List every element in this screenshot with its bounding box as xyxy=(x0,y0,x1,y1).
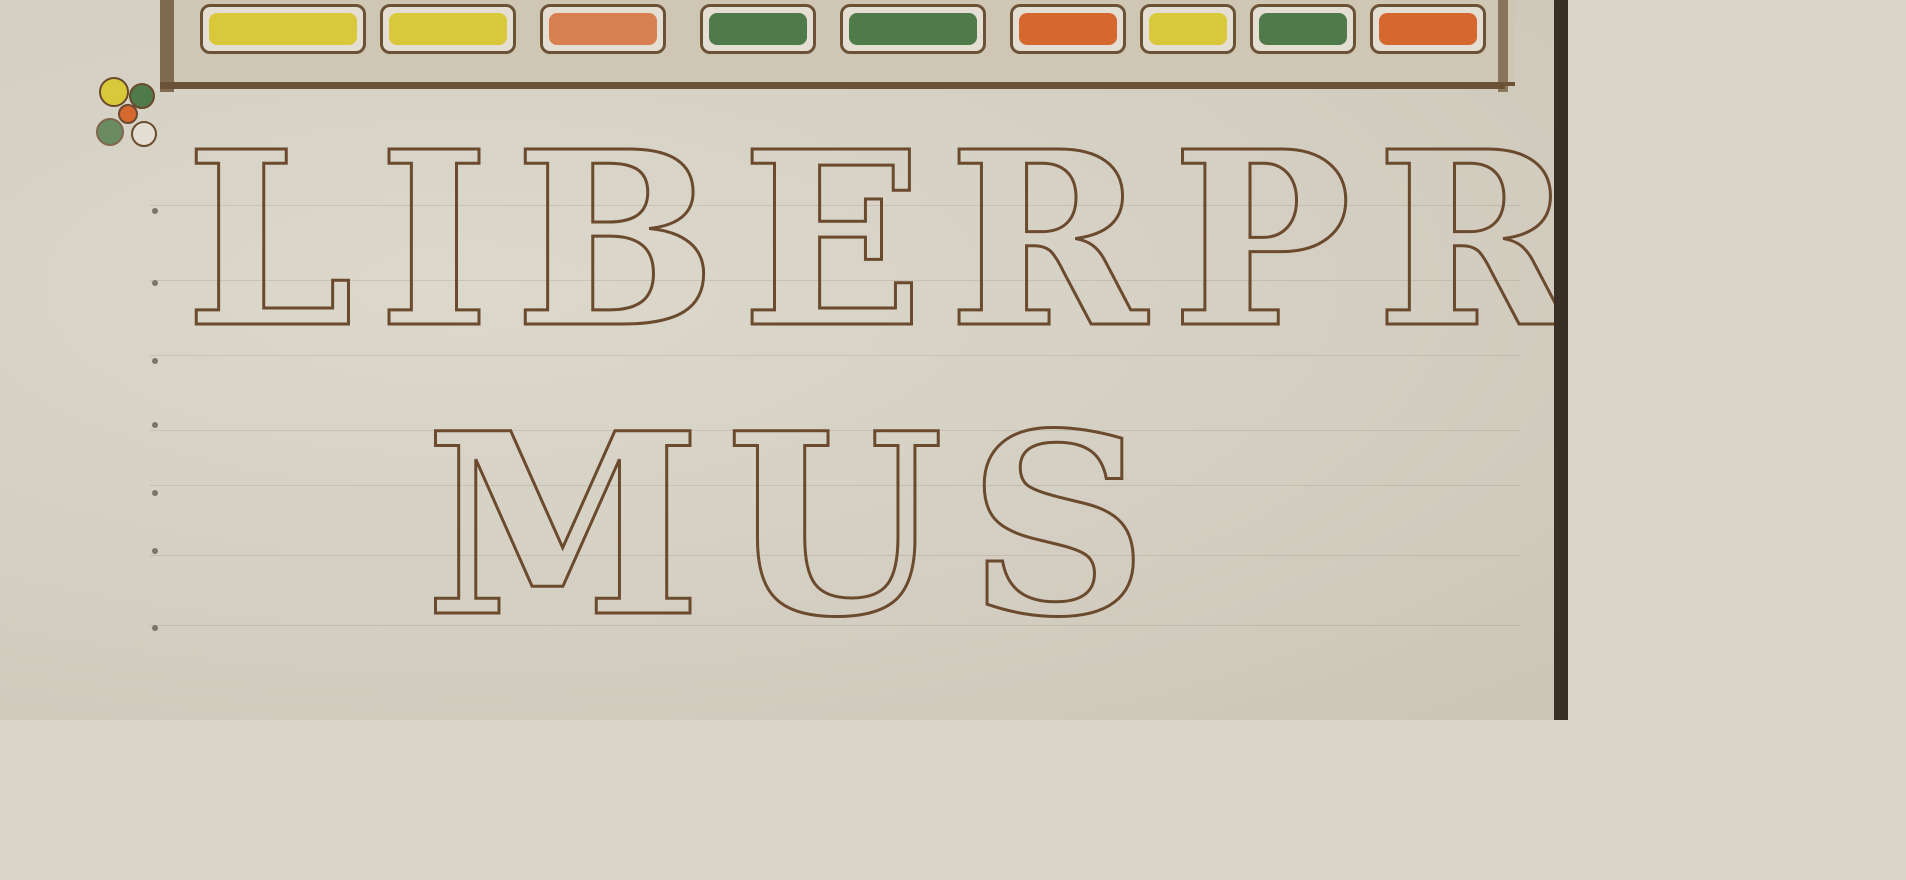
letter-s: S xyxy=(968,400,1155,650)
frame-cell xyxy=(840,4,986,54)
frame-cell xyxy=(1010,4,1126,54)
frame-cell xyxy=(540,4,666,54)
title-line-1: L I B E R P R I xyxy=(185,120,1568,360)
frame-cell xyxy=(380,4,516,54)
pricking-mark xyxy=(152,208,158,214)
frame-cell xyxy=(1140,4,1236,54)
frame-cell xyxy=(700,4,816,54)
letter-i: I xyxy=(378,120,496,360)
book-gutter-edge xyxy=(1554,0,1568,720)
pricking-mark xyxy=(152,358,158,364)
frame-cell xyxy=(1370,4,1486,54)
frame-bottom-rule xyxy=(160,86,1505,89)
pricking-mark xyxy=(152,625,158,631)
letter-b: B xyxy=(514,120,723,360)
quatrefoil-ornament-icon xyxy=(92,70,172,160)
frame-cell xyxy=(200,4,366,54)
letter-u: U xyxy=(726,400,950,650)
manuscript-page: L I B E R P R I M U S xyxy=(0,0,1568,720)
decorated-frame-band xyxy=(160,0,1515,86)
letter-r: R xyxy=(1376,120,1568,360)
letter-e: E xyxy=(741,120,930,360)
letter-m: M xyxy=(425,400,708,650)
frame-right-post xyxy=(1498,0,1508,92)
letter-p: P xyxy=(1171,120,1357,360)
pricking-mark xyxy=(152,548,158,554)
title-line-2: M U S xyxy=(425,400,1154,650)
pricking-mark xyxy=(152,490,158,496)
pricking-mark xyxy=(152,280,158,286)
frame-cell xyxy=(1250,4,1356,54)
letter-r: R xyxy=(948,120,1153,360)
letter-l: L xyxy=(185,120,360,360)
pricking-mark xyxy=(152,422,158,428)
